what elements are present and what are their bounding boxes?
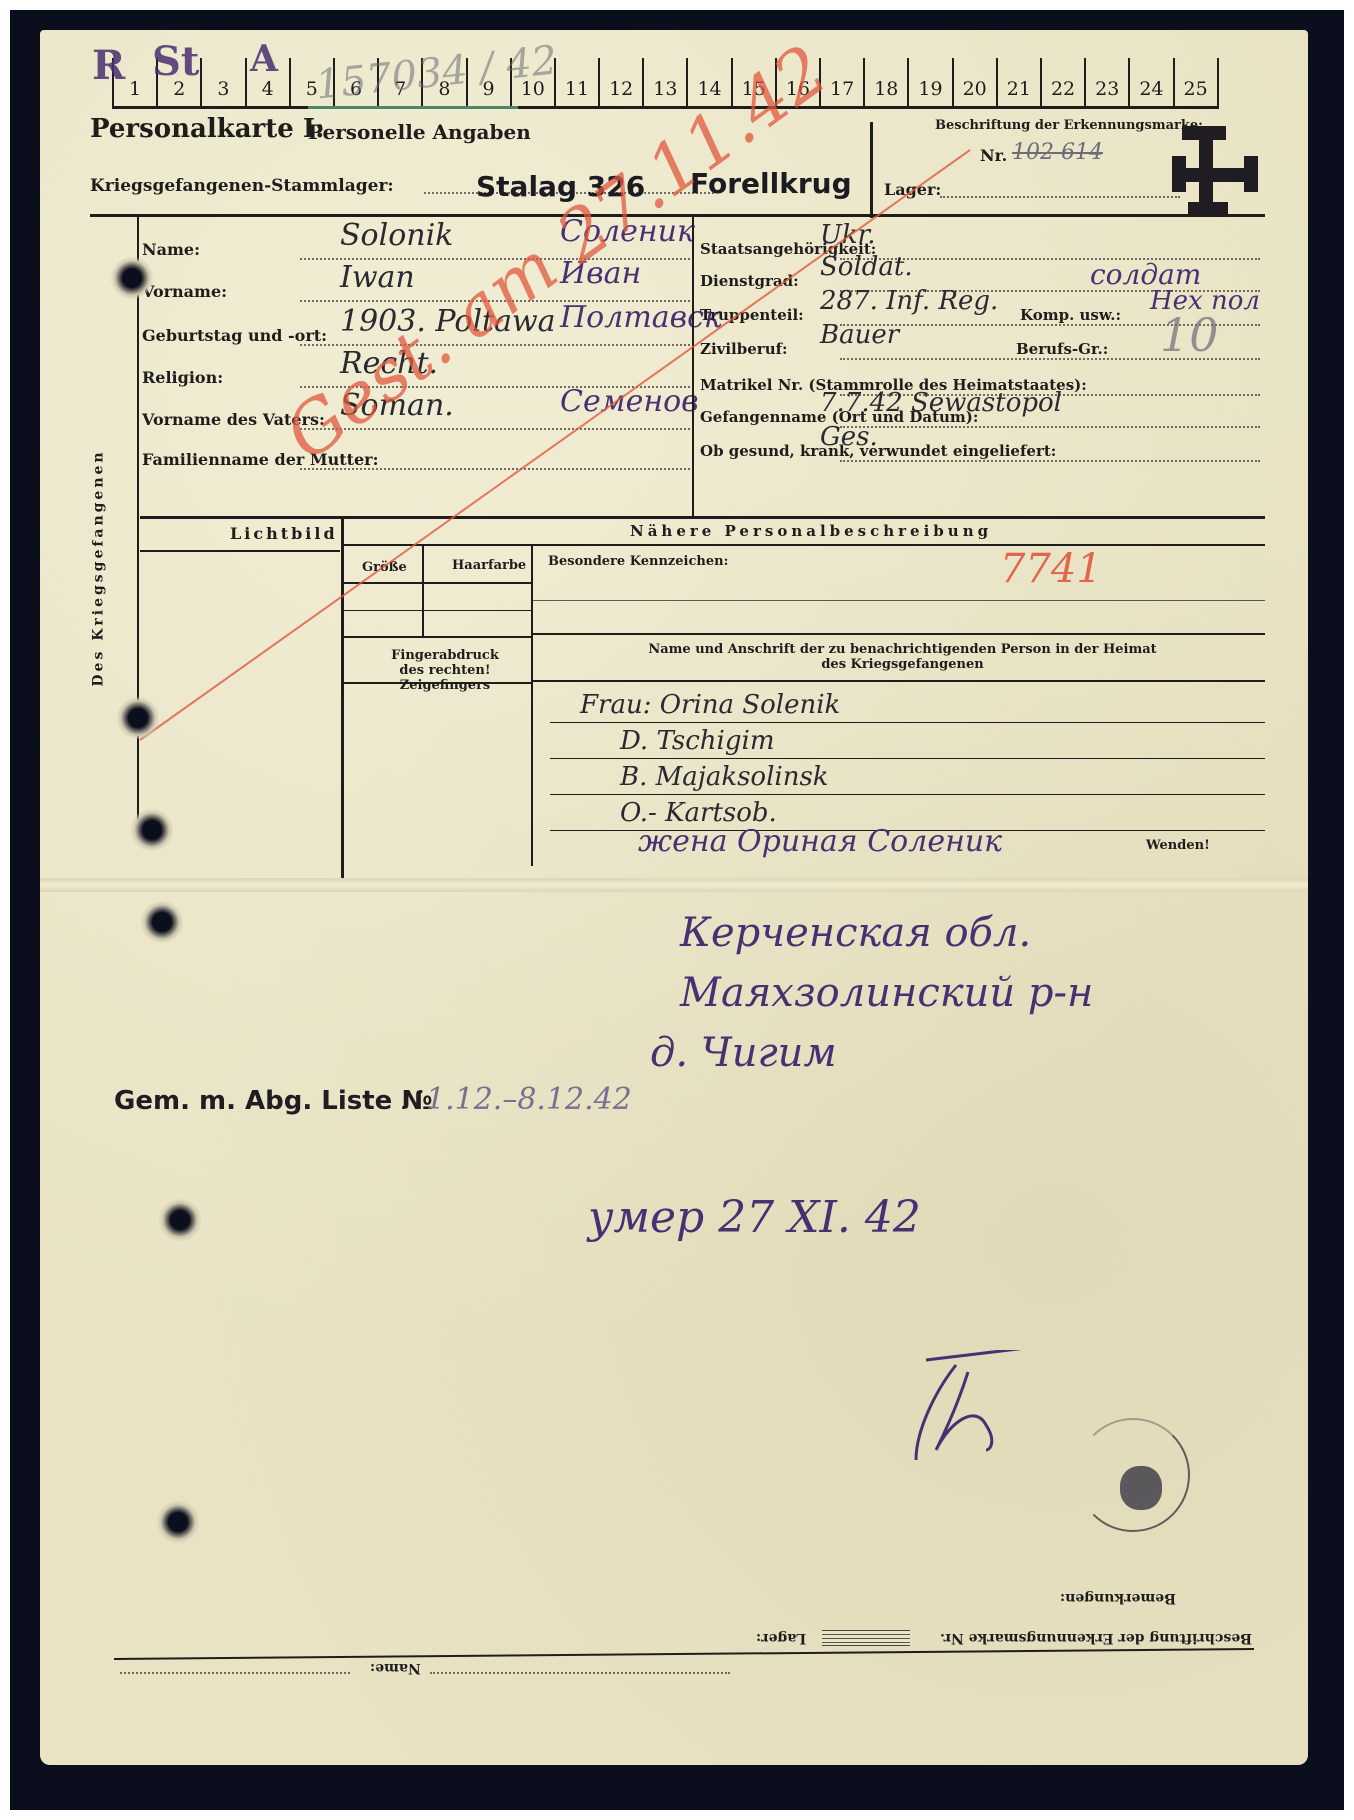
death-note: умер 27 XI. 42 (588, 1192, 921, 1243)
punch-hole (140, 900, 184, 944)
personal-card: 1234567891011121314151617181920212223242… (40, 30, 1308, 1765)
liste-value: 1.12.–8.12.42 (426, 1082, 632, 1117)
cyrillic-note-line: Керченская обл. (680, 910, 1031, 956)
liste-label: Gem. m. Abg. Liste № (114, 1086, 433, 1116)
reverse-nr-lines (822, 1630, 910, 1646)
thumbprint-mark (1120, 1466, 1162, 1510)
punch-hole (158, 1198, 202, 1242)
reverse-rule (114, 1648, 1254, 1660)
reverse-erkennungsmarke: Beschriftung der Erkennungsmarke Nr. (940, 1630, 1252, 1646)
cyrillic-note-line: Маяхзолинский р-н (680, 970, 1093, 1016)
reverse-bemerkungen: Bemerkungen: (1060, 1590, 1176, 1606)
punch-hole (116, 696, 160, 740)
cyrillic-note-line: д. Чигим (650, 1030, 837, 1076)
punch-hole (156, 1500, 200, 1544)
signature-icon (886, 1350, 1086, 1480)
reverse-lager: Lager: (756, 1630, 806, 1646)
reverse-name-dots (120, 1672, 350, 1674)
reverse-name: Name: (370, 1660, 421, 1676)
reverse-lager-dots (430, 1672, 730, 1674)
punch-hole (130, 808, 174, 852)
punch-hole (110, 256, 154, 300)
